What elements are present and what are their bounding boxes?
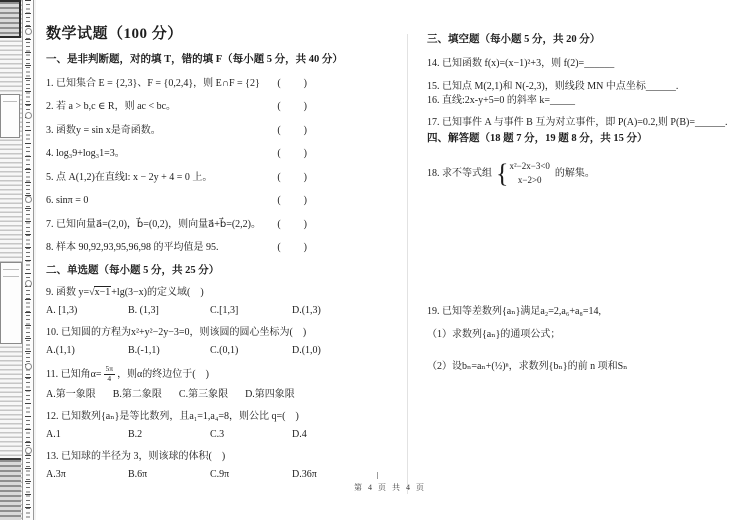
ruler-strip <box>22 0 34 520</box>
option-c: C.9π <box>210 468 292 481</box>
question-14: 14. 已知函数 f(x)=(x−1)²+3，则 f(2)=______ <box>427 57 742 70</box>
judge-question-2: 2. 若 a > b,c ∈ R，则 ac < bc。 ( ) <box>46 100 308 113</box>
answer-paren: ( ) <box>277 171 308 184</box>
sqrt-content: x−1 <box>94 286 112 298</box>
option-b: B.2 <box>128 428 210 441</box>
binding-hole <box>25 447 32 454</box>
question-18: 18. 求不等式组 { x²−2x−3<0 x−2>0 的解集。 <box>427 160 742 188</box>
question-text: 1. 已知集合 E = {2,3}、F = {0,2,4}，则 E∩F = {2… <box>46 77 260 90</box>
exam-left-column: 数学试题（100 分） 一、是非判断题，对的填 T，错的填 F（每小题 5 分，… <box>46 24 404 481</box>
answer-paren: ( ) <box>277 124 308 137</box>
fraction: 5π 4 <box>104 365 116 383</box>
page-number-footer: 第 4 页 共 4 页 <box>340 482 440 493</box>
section-judge-heading: 一、是非判断题，对的填 T，错的填 F（每小题 5 分，共 40 分） <box>46 53 404 66</box>
judge-question-5: 5. 点 A(1,2)在直线l: x − 2y + 4 = 0 上。 ( ) <box>46 171 308 184</box>
option-d: D.第四象限 <box>245 388 295 401</box>
paper-tab-1 <box>0 94 20 138</box>
judge-question-7: 7. 已知向量a⃗=(2,0)，b⃗=(0,2)，则向量a⃗+b⃗=(2,2)。… <box>46 218 308 231</box>
option-b: B.第二象限 <box>113 388 162 401</box>
option-d: D.4 <box>292 428 374 441</box>
binding-hole <box>25 280 32 287</box>
inequality-line-1: x²−2x−3<0 <box>509 160 549 174</box>
exam-right-column: 三、填空题（每小题 5 分，共 20 分） 14. 已知函数 f(x)=(x−1… <box>427 33 742 373</box>
options-q10: A.(1,1) B.(-1,1) C.(0,1) D.(1,0) <box>46 344 404 357</box>
paper-tab-2 <box>0 262 22 344</box>
binding-hole <box>25 363 32 370</box>
question-text: 4. log₃9+log₃1=3。 <box>46 147 125 160</box>
question-text: 5. 点 A(1,2)在直线l: x − 2y + 4 = 0 上。 <box>46 171 212 184</box>
page-title: 数学试题（100 分） <box>46 24 404 44</box>
question-text: 18. 求不等式组 <box>427 167 492 180</box>
question-text: ，则α的终边位于( ) <box>117 368 209 381</box>
question-13: 13. 已知球的半径为 3，则该球的体积( ) <box>46 450 404 463</box>
option-b: B. (1,3] <box>128 304 210 317</box>
fraction-denominator: 4 <box>107 375 111 383</box>
scan-left-edge <box>0 0 36 520</box>
paper-tab-line <box>3 101 17 102</box>
notebook-page-stack <box>0 0 23 520</box>
option-c: C.(0,1) <box>210 344 292 357</box>
options-q11: A.第一象限 B.第二象限 C.第三象限 D.第四象限 <box>46 388 404 401</box>
binding-hole <box>25 28 32 35</box>
options-q9: A. [1,3) B. (1,3] C.[1,3] D.(1,3) <box>46 304 404 317</box>
option-a: A.3π <box>46 468 128 481</box>
column-divider <box>407 34 408 494</box>
answer-paren: ( ) <box>277 241 308 254</box>
answer-paren: ( ) <box>277 100 308 113</box>
judge-question-1: 1. 已知集合 E = {2,3}、F = {0,2,4}，则 E∩F = {2… <box>46 77 308 90</box>
option-b: B.(-1,1) <box>128 344 210 357</box>
question-9: 9. 函数 y=√x−1+lg(3−x)的定义域( ) <box>46 286 404 299</box>
ruler-major-ticks <box>25 0 31 520</box>
question-text: 的解集。 <box>555 167 595 180</box>
option-c: C.3 <box>210 428 292 441</box>
judge-question-3: 3. 函数y = sin x是奇函数。 ( ) <box>46 124 308 137</box>
option-a: A.1 <box>46 428 128 441</box>
notebook-dark-block-bottom <box>0 458 21 520</box>
option-d: D.36π <box>292 468 374 481</box>
question-11: 11. 已知角α= 5π 4 ，则α的终边位于( ) <box>46 365 404 383</box>
question-text: 9. 函数 y= <box>46 287 89 298</box>
binding-hole <box>25 112 32 119</box>
question-text: +lg(3−x)的定义域( ) <box>111 287 203 298</box>
question-19-part-1: （1）求数列{aₙ}的通项公式； <box>427 328 742 341</box>
judge-question-4: 4. log₃9+log₃1=3。 ( ) <box>46 147 308 160</box>
option-a: A. [1,3) <box>46 304 128 317</box>
question-text: 3. 函数y = sin x是奇函数。 <box>46 124 161 137</box>
option-a: A.(1,1) <box>46 344 128 357</box>
question-10: 10. 已知圆的方程为x²+y²−2y−3=0，则该圆的圆心坐标为( ) <box>46 326 404 339</box>
question-12: 12. 已知数列{aₙ}是等比数列，且a₁=1,a₄=8，则公比 q=( ) <box>46 410 404 423</box>
question-16: 16. 直线:2x-y+5=0 的斜率 k=_____ <box>427 94 742 107</box>
question-text: 11. 已知角α= <box>46 368 102 381</box>
judge-question-6: 6. sinπ = 0 ( ) <box>46 194 308 207</box>
question-text: 7. 已知向量a⃗=(2,0)，b⃗=(0,2)，则向量a⃗+b⃗=(2,2)。 <box>46 218 261 231</box>
section-fill-heading: 三、填空题（每小题 5 分，共 20 分） <box>427 33 742 46</box>
option-c: C.第三象限 <box>179 388 228 401</box>
answer-paren: ( ) <box>277 194 308 207</box>
question-19-part-2: （2）设bₙ=aₙ+(½)ⁿ，求数列{bₙ}的前 n 项和Sₙ <box>427 360 742 373</box>
option-b: B.6π <box>128 468 210 481</box>
binding-hole <box>25 196 32 203</box>
paper-tab-line <box>3 269 19 270</box>
options-q12: A.1 B.2 C.3 D.4 <box>46 428 404 441</box>
section-choice-heading: 二、单选题（每小题 5 分，共 25 分） <box>46 264 404 277</box>
answer-paren: ( ) <box>277 218 308 231</box>
answer-paren: ( ) <box>277 77 308 90</box>
inequality-system: x²−2x−3<0 x−2>0 <box>509 160 549 188</box>
paper-tab-line <box>3 276 19 277</box>
question-17: 17. 已知事件 A 与事件 B 互为对立事件，即 P(A)=0.2,则 P(B… <box>427 116 742 129</box>
inequality-line-2: x−2>0 <box>518 174 542 188</box>
brace-left: { <box>496 162 508 185</box>
notebook-dark-block-top <box>0 0 21 38</box>
options-q13: A.3π B.6π C.9π D.36π <box>46 468 404 481</box>
option-c: C.[1,3] <box>210 304 292 317</box>
section-solve-heading: 四、解答题（18 题 7 分，19 题 8 分，共 15 分） <box>427 132 742 145</box>
option-d: D.(1,3) <box>292 304 374 317</box>
question-text: 6. sinπ = 0 <box>46 194 88 207</box>
question-text: 2. 若 a > b,c ∈ R，则 ac < bc。 <box>46 100 176 113</box>
question-text: 8. 样本 90,92,93,95,96,98 的平均值是 95. <box>46 241 219 254</box>
question-15: 15. 已知点 M(2,1)和 N(-2,3)，则线段 MN 中点坐标_____… <box>427 80 742 93</box>
judge-question-8: 8. 样本 90,92,93,95,96,98 的平均值是 95. ( ) <box>46 241 308 254</box>
answer-paren: ( ) <box>277 147 308 160</box>
option-d: D.(1,0) <box>292 344 374 357</box>
question-19: 19. 已知等差数列{aₙ}满足a₂=2,a₆+a₈=14, <box>427 305 742 318</box>
option-a: A.第一象限 <box>46 388 96 401</box>
